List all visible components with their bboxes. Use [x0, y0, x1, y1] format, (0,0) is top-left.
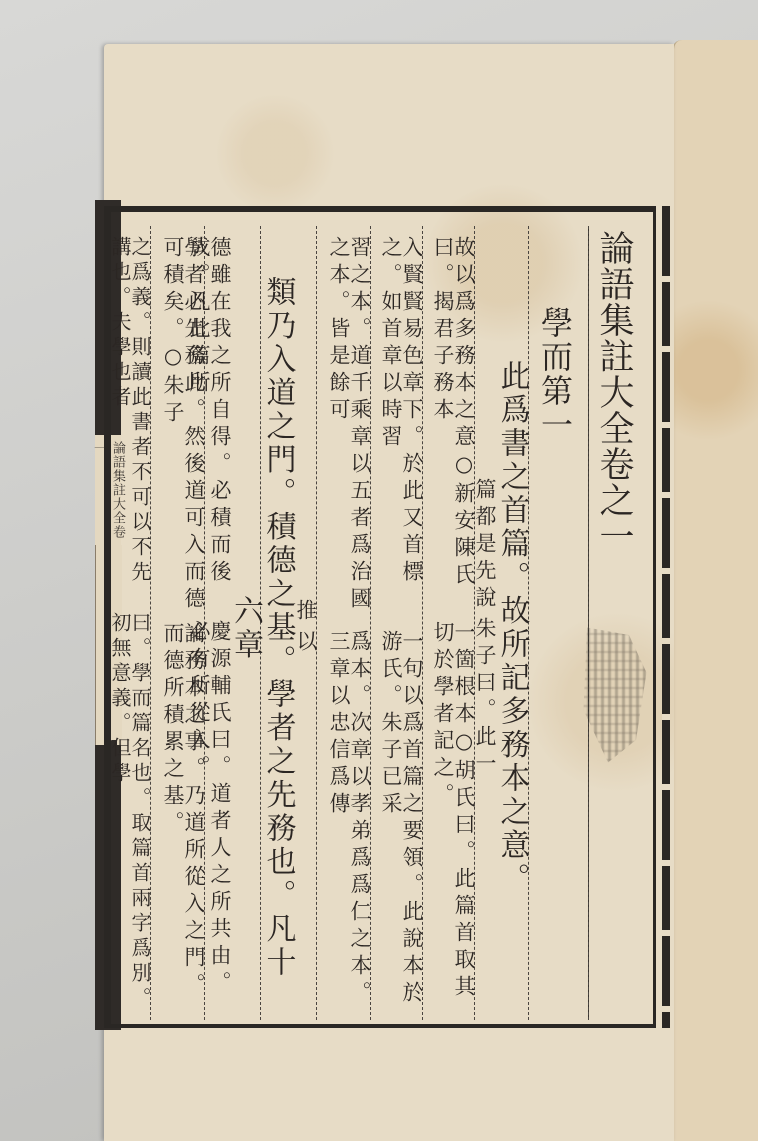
annotation-right: 以	[295, 630, 316, 657]
annotation-left: 入賢賢易色章下。於此又首標之。如首章以時習	[380, 236, 422, 626]
annotation-left: 篇都是先說	[474, 478, 495, 613]
text-column-4: 爲本。次章以孝弟爲爲仁之本。三章以忠信爲傳 習之本。道千乘章以五者爲治國之本。皆…	[316, 226, 371, 1020]
printed-border-frame: 論語集註大全卷之一 學而第一 此爲書之首篇。故所記多務本之意。 朱子曰。此一 篇…	[104, 206, 656, 1028]
annotation-left: 學者必先務此。然後道可入而德可積矣。○朱子	[162, 236, 204, 618]
annotation-pair: 一句以爲首篇之要領。此說本於游氏。朱子已采 入賢賢易色章下。於此又首標之。如首章…	[380, 236, 422, 1020]
main-text: 此爲書之首篇。故所記多務本之意。	[497, 360, 527, 896]
annotation-pair: 以 推	[295, 599, 316, 657]
text-column-7: 論務本之事。乃道所從入之門。而德所積累之基。 學者必先務此。然後道可入而德可積矣…	[150, 226, 205, 1020]
annotation-right: 朱子曰。此一	[474, 617, 495, 779]
title-column: 論語集註大全卷之一	[588, 226, 649, 1020]
chapter-column: 學而第一	[528, 226, 589, 1020]
text-column-3: 一句以爲首篇之要領。此說本於游氏。朱子已采 入賢賢易色章下。於此又首標之。如首章…	[370, 226, 423, 1020]
annotation-left: 習之本。道千乘章以五者爲治國之本。皆是餘可	[328, 236, 370, 626]
main-text: 類乃入道之門。積德之基。學者之先務也。凡十	[263, 276, 293, 980]
text-column-8: 曰。學而篇名也。取篇首兩字爲別。初無意義。但學 之爲義。則讀此書者不可以不先講也…	[106, 226, 151, 1020]
annotation-pair: 朱子曰。此一 篇都是先說	[474, 236, 495, 1020]
text-column-6: 六章 慶源輔氏曰。道者人之所共由。必有所從入。 德雖在我之所自得。必積而後成。凡…	[204, 226, 261, 1020]
annotation-left: 故以爲多務本之意○新安陳氏曰。揭君子務本	[432, 236, 474, 617]
annotation-left: 之爲義。則讀此書者不可以不先講也。夫學也者	[110, 236, 150, 608]
annotation-right: 一箇根本○胡氏曰。此篇首取其切於學者記之。	[432, 621, 474, 1020]
adjacent-page-edge	[672, 40, 758, 1141]
annotation-right: 曰。學而篇名也。取篇首兩字爲別。初無意義。但學	[110, 612, 150, 1020]
text-column-1: 此爲書之首篇。故所記多務本之意。 朱子曰。此一 篇都是先說	[474, 226, 529, 1020]
annotation-pair: 曰。學而篇名也。取篇首兩字爲別。初無意義。但學 之爲義。則讀此書者不可以不先講也…	[110, 236, 150, 1020]
annotation-right: 論務本之事。乃道所從入之門。而德所積累之基。	[162, 622, 204, 1020]
chapter-heading: 學而第一	[532, 306, 578, 442]
annotation-right: 爲本。次章以孝弟爲爲仁之本。三章以忠信爲傳	[328, 630, 370, 1020]
annotation-right: 一句以爲首篇之要領。此說本於游氏。朱子已采	[380, 630, 422, 1020]
annotation-left: 推	[295, 599, 316, 626]
main-text: 六章	[230, 595, 260, 662]
text-column-5: 以 推 類乃入道之門。積德之基。學者之先務也。凡十	[260, 226, 317, 1020]
book-title: 論語集註大全卷之一	[589, 230, 639, 554]
annotation-pair: 爲本。次章以孝弟爲爲仁之本。三章以忠信爲傳 習之本。道千乘章以五者爲治國之本。皆…	[328, 236, 370, 1020]
annotation-pair: 論務本之事。乃道所從入之門。而德所積累之基。 學者必先務此。然後道可入而德可積矣…	[162, 236, 204, 1020]
annotation-pair: 一箇根本○胡氏曰。此篇首取其切於學者記之。 故以爲多務本之意○新安陳氏曰。揭君子…	[432, 236, 474, 1020]
right-border-bar	[662, 206, 670, 1028]
text-column-2: 一箇根本○胡氏曰。此篇首取其切於學者記之。 故以爲多務本之意○新安陳氏曰。揭君子…	[422, 226, 475, 1020]
